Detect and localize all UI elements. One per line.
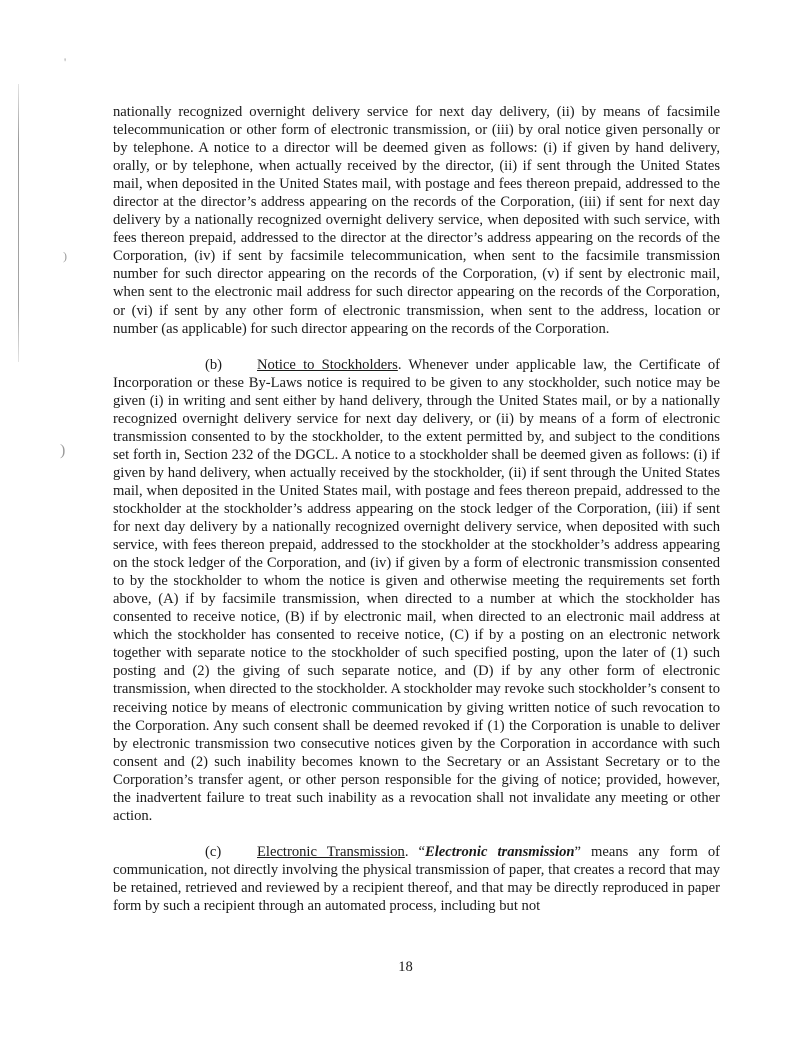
scan-artifact-mark: ' (64, 56, 66, 68)
paragraph-b-notice-to-stockholders: (b)Notice to Stockholders. Whenever unde… (113, 356, 720, 825)
section-label: (c) (205, 843, 257, 861)
scan-artifact-mark: ) (60, 445, 65, 457)
paragraph-continuation: nationally recognized overnight delivery… (113, 103, 720, 338)
document-page: ' ) ) nationally recognized overnight de… (0, 0, 811, 1049)
body-text: nationally recognized overnight delivery… (113, 103, 720, 915)
punctuation: . “ (405, 844, 425, 860)
paragraph-text: . Whenever under applicable law, the Cer… (113, 357, 720, 824)
paragraph-c-electronic-transmission: (c)Electronic Transmission. “Electronic … (113, 843, 720, 915)
scan-artifact-mark: ) (63, 250, 67, 262)
page-number: 18 (0, 958, 811, 976)
scan-artifact-line (18, 84, 19, 362)
section-label: (b) (205, 356, 257, 374)
section-heading: Notice to Stockholders (257, 357, 398, 373)
defined-term: Electronic transmission (425, 844, 575, 860)
section-heading: Electronic Transmission (257, 844, 405, 860)
paragraph-text: nationally recognized overnight delivery… (113, 104, 720, 337)
